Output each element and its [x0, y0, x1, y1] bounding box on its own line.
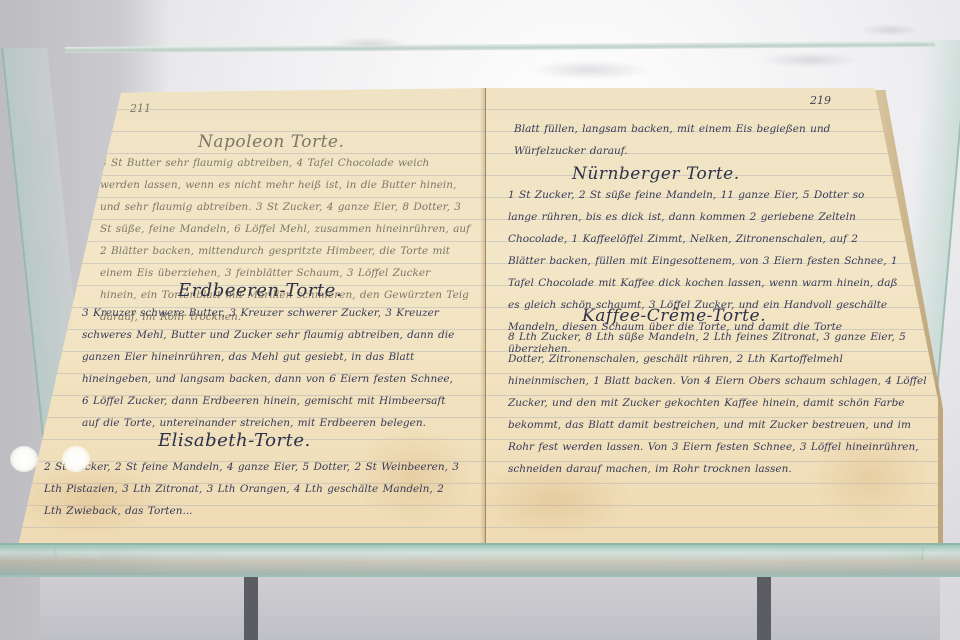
recipe-body-elisabeth: 2 St Zucker, 2 St feine Mandeln, 4 ganze…	[44, 456, 464, 522]
recipe-title-elisabeth: Elisabeth-Torte.	[158, 430, 311, 451]
display-pedestal	[40, 575, 940, 640]
recipe-body-erdbeeren: 3 Kreuzer schwere Butter, 3 Kreuzer schw…	[82, 302, 462, 434]
pedestal-leg-right	[757, 575, 771, 640]
right-page: 219 Blatt füllen, langsam backen, mit ei…	[486, 88, 938, 546]
light-reflection	[62, 446, 90, 472]
recipe-body-continued: Blatt füllen, langsam backen, mit einem …	[514, 118, 854, 162]
left-page: 211 Napoleon Torte. 3 St Butter sehr fla…	[18, 88, 486, 546]
recipe-title-nuernberger: Nürnberger Torte.	[572, 164, 740, 184]
recipe-title-erdbeeren: Erdbeeren-Torte.	[178, 280, 342, 301]
glass-case-front-edge	[0, 543, 960, 577]
page-number-right: 219	[810, 94, 831, 107]
recipe-title-kaffee-creme: Kaffee-Crême-Torte.	[582, 306, 766, 326]
pedestal-leg-left	[244, 575, 258, 640]
recipe-body-kaffee-creme: 8 Lth Zucker, 8 Lth süße Mandeln, 2 Lth …	[508, 326, 928, 480]
recipe-book: 211 Napoleon Torte. 3 St Butter sehr fla…	[18, 88, 958, 548]
light-reflection	[10, 446, 38, 472]
page-number-left: 211	[130, 102, 151, 115]
recipe-title-napoleon: Napoleon Torte.	[198, 132, 344, 152]
